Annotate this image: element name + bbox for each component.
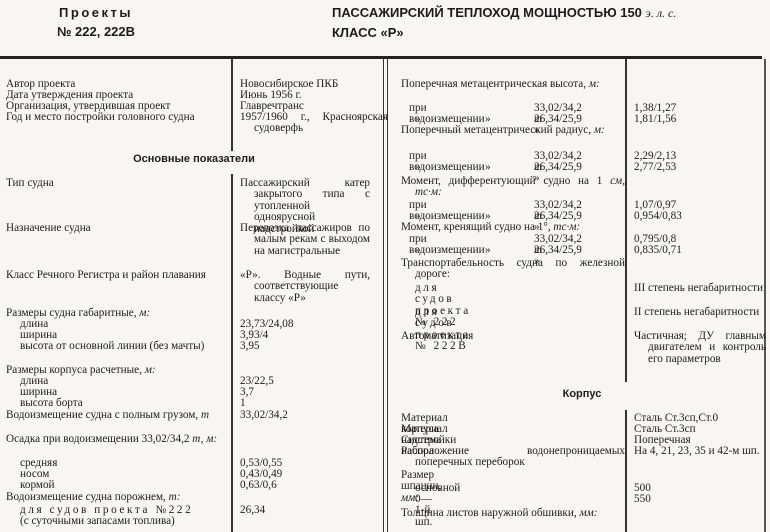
hull-value: На 4, 21, 23, 35 и 42-м шп. <box>634 446 770 457</box>
projects-header: Проекты № 222, 222В <box>36 3 156 41</box>
ditto-mark: » <box>485 162 491 173</box>
rail-transport-title: Транспортабельность судна по железной до… <box>401 258 625 281</box>
unit: т <box>201 409 209 421</box>
empty-displacement-value: 26,34 <box>240 505 265 516</box>
automation-value: Частичная; ДУ главным двигателем и контр… <box>634 331 766 365</box>
ditto-mark: » <box>485 245 491 256</box>
dim-value: 3,95 <box>240 341 260 352</box>
ditto-mark: » <box>415 245 421 256</box>
row-value: 0,954/0,83 <box>634 211 682 222</box>
title-line-1: ПАССАЖИРСКИЙ ТЕПЛОХОД МОЩНОСТЬЮ 150 <box>332 5 642 20</box>
full-displacement-label: Водоизмещение судна с полным грузом, <box>6 409 198 421</box>
dim-value: 1 <box>240 398 246 409</box>
empty-displacement-note: (с суточными запасами топлива) <box>6 516 175 527</box>
unit: м: <box>589 78 600 90</box>
ditto-mark: » <box>415 162 421 173</box>
frame-value: 550 <box>634 494 651 505</box>
general-value: 1957/1960 г., Красноярская судоверфь <box>240 112 388 135</box>
row-value: 1,81/1,56 <box>634 114 676 125</box>
metacentric-radius-title: Поперечный метацентрический радиус, <box>401 124 591 136</box>
shell-thickness-title: Толщина листов наружной обшивки, <box>401 507 577 519</box>
header-rule <box>0 56 762 59</box>
title-line-2: КЛАСС «Р» <box>332 23 770 42</box>
draft-title: Осадка при водоизмещении 33,02/34,2 <box>6 433 189 445</box>
disp-value: 26,34/25,9 <box>534 161 582 173</box>
rail-value: II степень негабаритности <box>634 307 766 318</box>
hull-label: Расположение водонепроницаемых поперечны… <box>401 446 625 469</box>
left-value-rule-2 <box>231 174 233 532</box>
dim-label: высота борта <box>6 398 83 409</box>
unit: тс·м: <box>553 221 580 233</box>
dim-label: высота от основной линии (без мачты) <box>6 341 234 352</box>
unit: м: <box>139 307 150 319</box>
main-label: Класс Речного Регистра и район плавания <box>6 270 234 281</box>
full-displacement-value: 33,02/34,2 <box>240 410 288 421</box>
page-title: ПАССАЖИРСКИЙ ТЕПЛОХОД МОЩНОСТЬЮ 150 э. л… <box>332 3 770 42</box>
right-value-rule-2 <box>625 410 627 532</box>
unit: т, м: <box>192 433 217 445</box>
heel-moment-title: Момент, кренящий судно на 1°, <box>401 221 551 233</box>
trim-moment-title: Момент, дифферентующий судно на 1 <box>401 175 602 187</box>
draft-label: кормой <box>6 480 55 491</box>
projects-numbers: № 222, 222В <box>36 22 156 41</box>
main-label: Тип судна <box>6 178 226 189</box>
unit: т: <box>169 491 181 503</box>
section-title-main: Основные показатели <box>6 154 382 165</box>
automation-label: Автоматизация <box>401 331 473 342</box>
section-title-hull: Корпус <box>401 389 763 400</box>
unit: м: <box>594 124 605 136</box>
general-label: Год и место постройки головного судна <box>6 112 234 123</box>
main-value: «Р». Водные пути, соответствующие классу… <box>240 270 370 304</box>
metacentric-height-title: Поперечная метацентрическая высота, <box>401 78 586 90</box>
disp-value: 26,34/25,9 <box>534 244 582 256</box>
empty-displacement-title: Водоизмещение судна порожнем, <box>6 491 166 503</box>
projects-label: Проекты <box>36 3 156 22</box>
draft-value: 0,63/0,6 <box>240 480 277 491</box>
unit: мм: <box>579 507 597 519</box>
right-value-rule-1 <box>625 59 627 382</box>
row-value: 0,835/0,71 <box>634 245 682 256</box>
main-label: Назначение судна <box>6 223 226 234</box>
rail-value: III степень негабаритности <box>634 283 766 294</box>
page-edge <box>764 59 766 532</box>
main-value: Перевозка пассажиров по малым рекам с вы… <box>240 223 370 257</box>
left-value-rule-1 <box>231 59 233 151</box>
row-value: 2,77/2,53 <box>634 162 676 173</box>
unit: м: <box>145 364 156 376</box>
title-power-unit: э. л. с. <box>646 6 677 20</box>
